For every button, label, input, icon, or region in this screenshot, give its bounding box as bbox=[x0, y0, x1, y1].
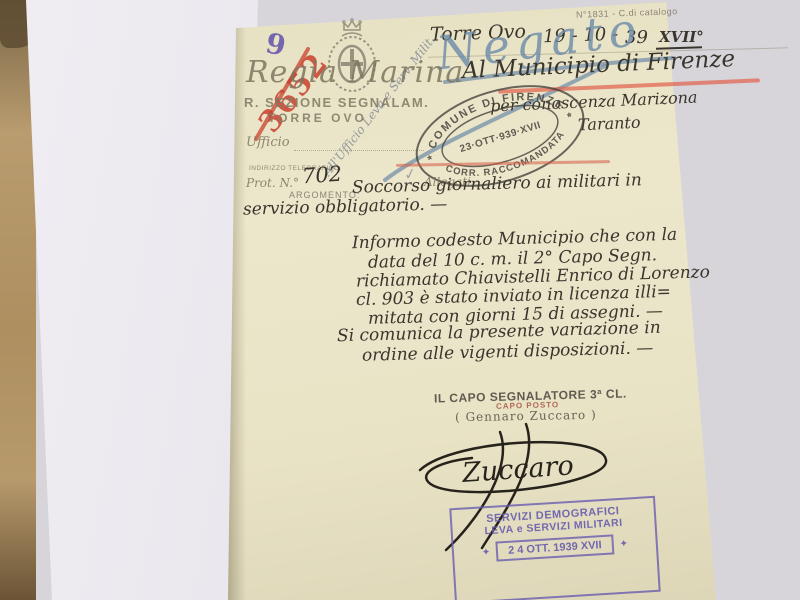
leva-stamp: SERVIZI DEMOGRAFICI LEVA e SERVIZI MILIT… bbox=[449, 496, 660, 600]
prot-value: 702 bbox=[301, 164, 342, 188]
letterhead-unit-line2: TORRE OVO bbox=[268, 112, 367, 124]
firenze-stamp-date: 23·OTT·939·XVII bbox=[459, 120, 543, 155]
leva-stamp-date: 2 4 OTT. 1939 XVII bbox=[496, 534, 615, 561]
leva-stamp-star-left-icon: ✦ bbox=[482, 546, 491, 557]
leva-stamp-star-right-icon: ✦ bbox=[619, 538, 628, 549]
letterhead-title: Regia Marina bbox=[246, 58, 464, 88]
form-rule-ufficio bbox=[294, 150, 424, 151]
firenze-stamp-star-right-icon: * bbox=[565, 109, 574, 124]
prot-label: Prot. N.° bbox=[246, 177, 299, 189]
letterhead-unit-line1: R. SEZIONE SEGNALAM. bbox=[244, 96, 429, 109]
photo-of-document: N°1831 - C.di catalogo 9 3652 Torre Ovo,… bbox=[0, 0, 800, 600]
ufficio-label: Ufficio bbox=[246, 136, 290, 149]
